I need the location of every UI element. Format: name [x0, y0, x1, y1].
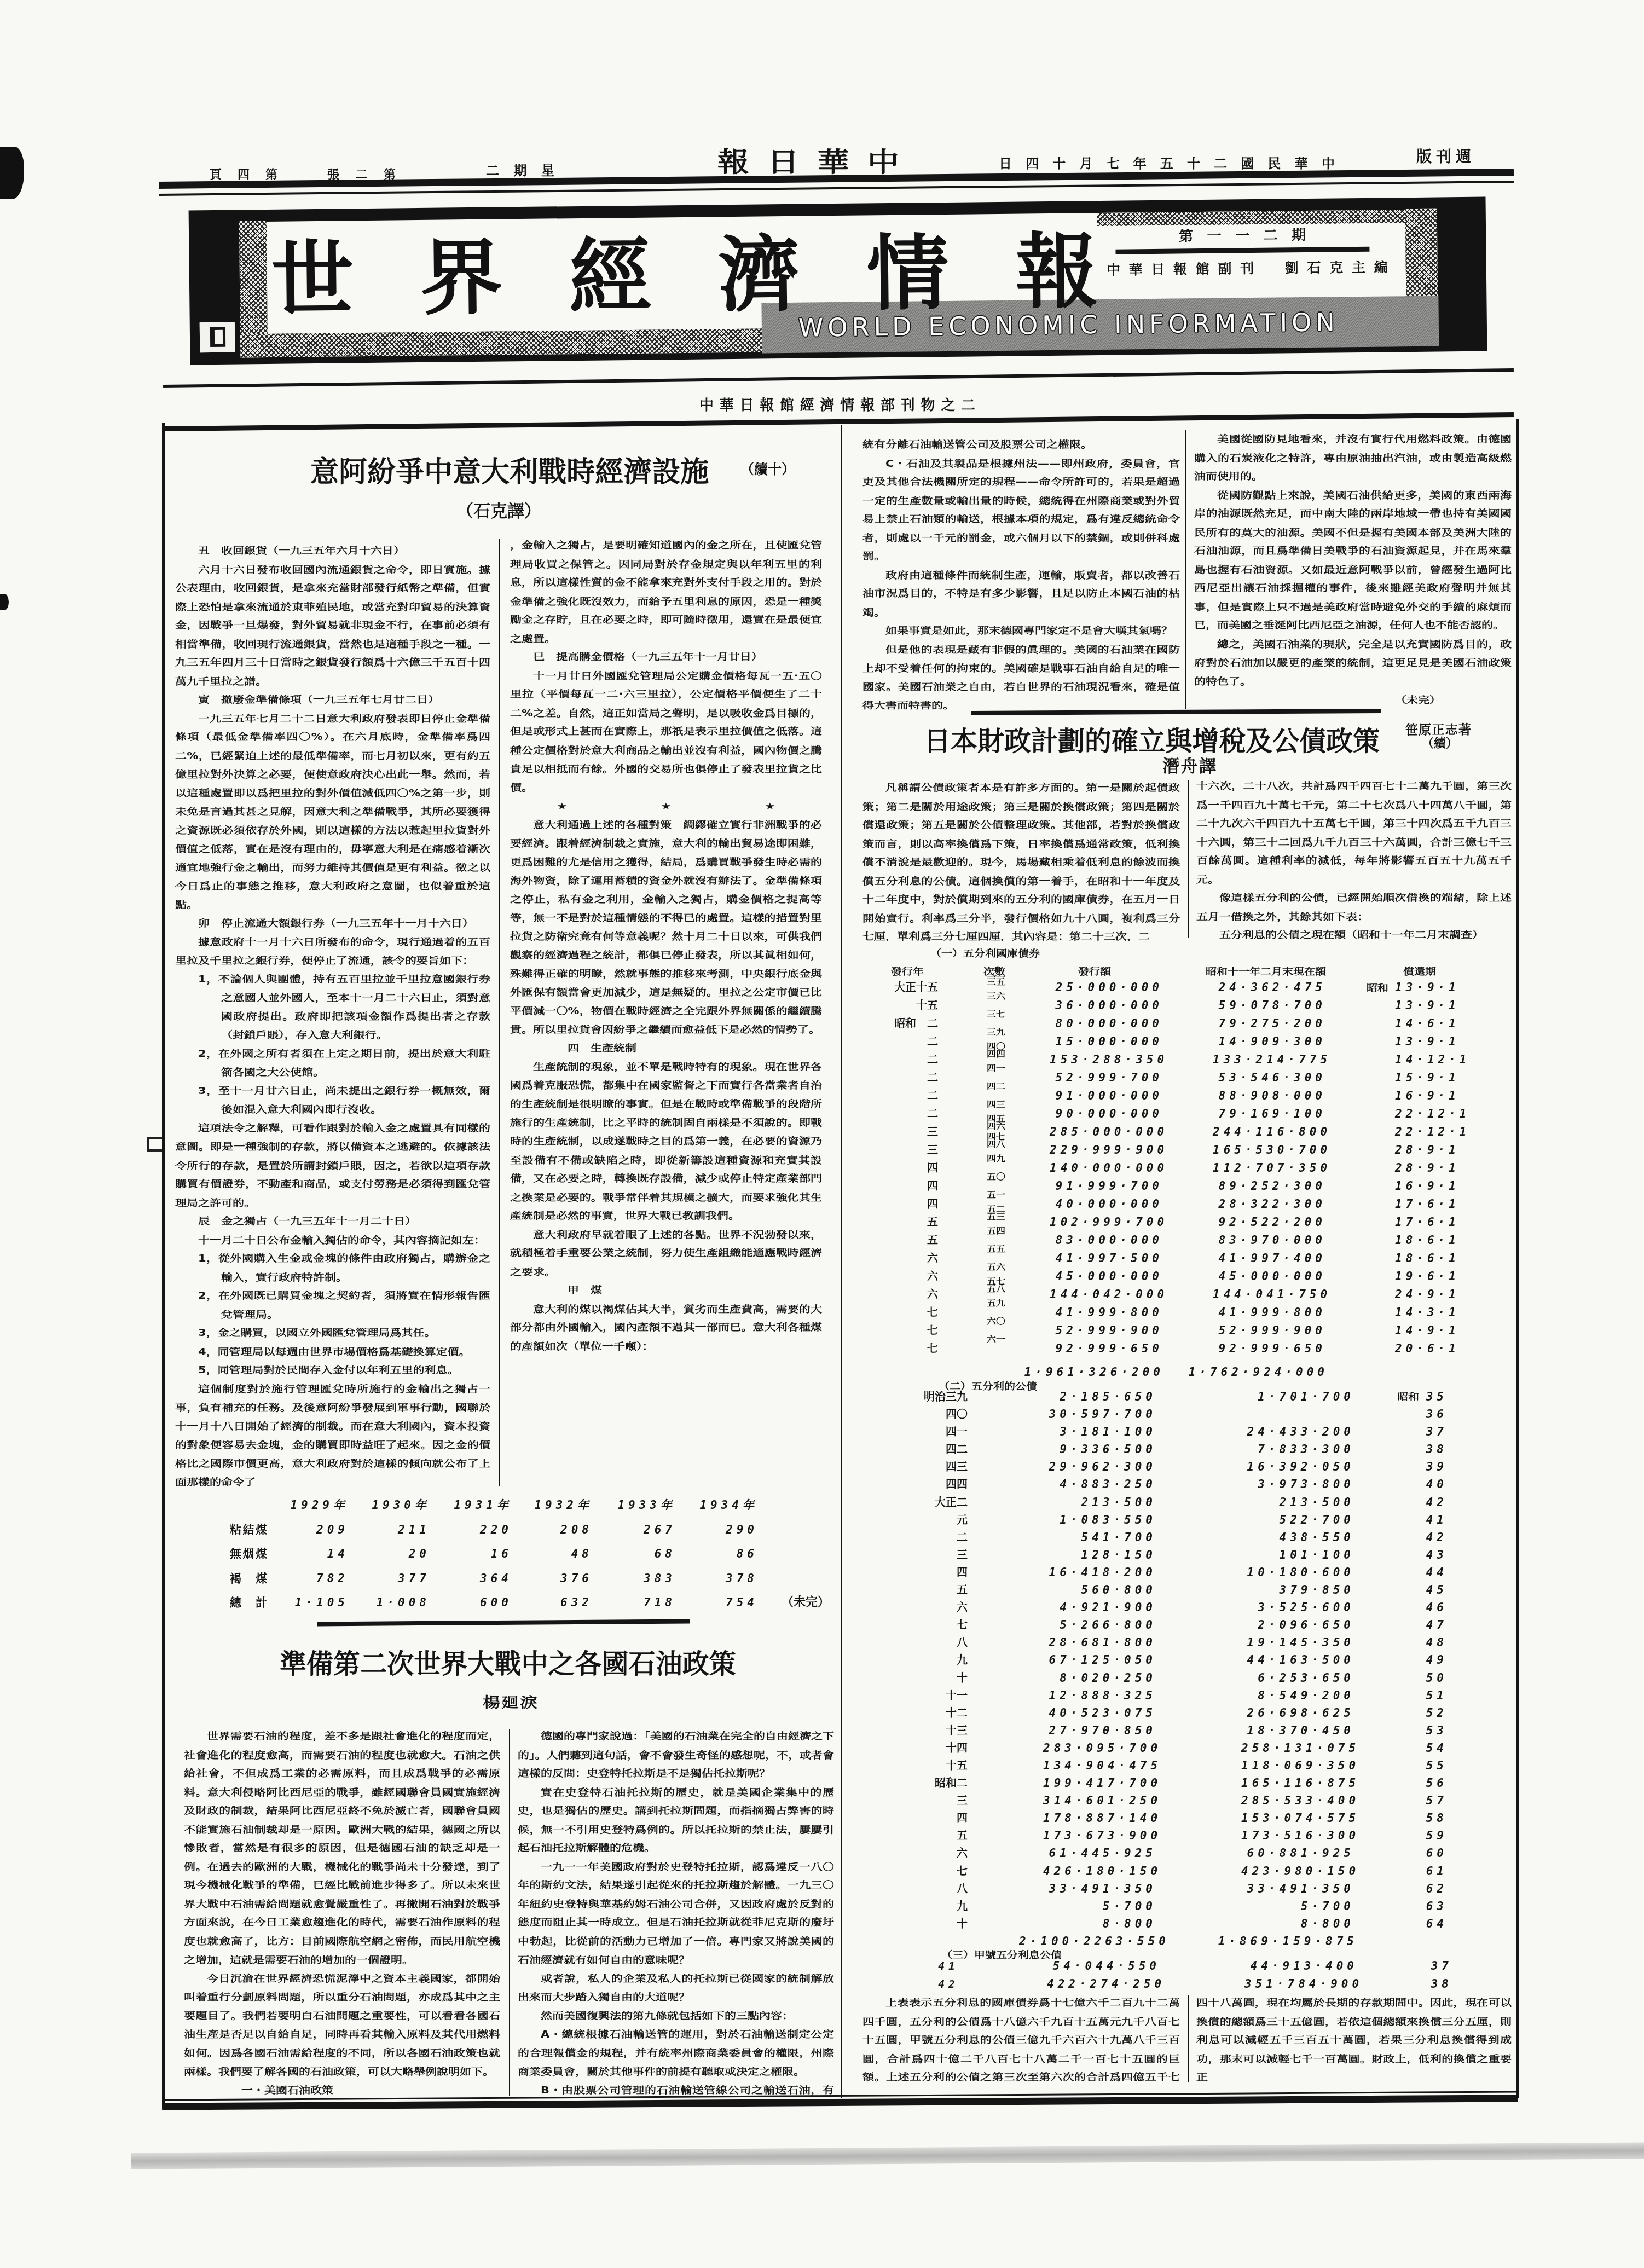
- coal-output-table: 1929年 1930年 1931年 1932年 1933年 1934年 粘結煤 …: [219, 1493, 843, 1615]
- table-header-year: 1934年: [676, 1493, 758, 1518]
- masthead-paper-name: 中華日報: [717, 147, 899, 173]
- paragraph: 美國從國防見地看來，并沒有實行代用燃料政策。由德國購入的石炭液化之特許，專由原油…: [1194, 430, 1512, 486]
- italy-article-translator: （石克譯）: [456, 499, 540, 519]
- issued-amount: 134·904·475: [1043, 1757, 1156, 1775]
- glyph: 四: [238, 165, 250, 182]
- glyph: 煤: [256, 1566, 267, 1591]
- redemption-year: 61: [1352, 1862, 1448, 1881]
- bond-table-1-title: （一）五分利國庫債券: [930, 948, 1040, 959]
- issue-year: 十五: [876, 1757, 968, 1775]
- current-amount: 173·516·300: [1241, 1827, 1354, 1845]
- table-row: 六 61·445·925 60·881·925 60: [876, 1844, 1489, 1862]
- issue-year: 十五: [876, 997, 938, 1015]
- glyph: 阿: [339, 449, 367, 490]
- glyph: 報: [717, 140, 749, 179]
- bond-table-3: 41 54·044·550 44·913·400 37 42 422·274·2…: [876, 1957, 1489, 1993]
- glyph: 續: [754, 459, 768, 478]
- table-row: 二 四二 91·000·000 88·908·000 16·9·1: [876, 1087, 1489, 1105]
- glyph: 星: [541, 160, 554, 179]
- table-row: 四二 9·336·500 7·833·300 38: [876, 1440, 1489, 1458]
- paragraph: 從國防觀點上來說，美國石油供給更多，美國的東西兩海岸的油源既然充足，而中南大陸的…: [1194, 486, 1512, 635]
- glyph: 的: [1085, 720, 1112, 759]
- redemption-year: 47: [1352, 1616, 1448, 1634]
- issued-amount: 12·888·325: [1043, 1687, 1156, 1705]
- issued-amount: 2·185·650: [1043, 1388, 1156, 1406]
- glyph: 界: [420, 211, 503, 331]
- redemption-date: 14·9·1: [1395, 1322, 1488, 1340]
- section-heading: 辰 金之獨占（一九三五年十一月二十日）: [175, 1212, 490, 1231]
- paragraph: 意大利政府早就着眼了上述的各點。世界不況勃發以來，就積極着手重要公業之統制，努力…: [510, 1225, 822, 1281]
- issue-year: 五: [876, 1213, 938, 1231]
- glyph: 劉: [1284, 257, 1298, 277]
- glyph: 濟: [717, 209, 801, 328]
- issue-year: 十二: [876, 1704, 968, 1722]
- issue-year: 三: [876, 1141, 938, 1159]
- series-number-text: 四九: [980, 1155, 1012, 1163]
- redemption-year: 56: [1352, 1774, 1448, 1792]
- table-cell: 48: [511, 1542, 593, 1566]
- current-amount: 19·145·350: [1241, 1634, 1354, 1652]
- issued-amount: 27·970·850: [1043, 1722, 1156, 1740]
- paragraph: 六月十六日發布收回國內流通銀貨之命令，即日實施。據公表理由，收回銀貨，是拿來充當…: [175, 560, 490, 691]
- oil-column-2: 德國的專門家說過：「美國的石油業在完全的自由經濟之下的」。人們聽到這句話，會不會…: [518, 1727, 834, 2096]
- issue-year: 三: [876, 1546, 968, 1564]
- redemption-date: 20·6·1: [1395, 1340, 1488, 1358]
- glyph: 施: [680, 449, 709, 490]
- table-row: 八 33·491·350 33·491·350 62: [876, 1880, 1489, 1897]
- paragraph: 但是他的表現是藏有非假的眞理的。美國的石油業在國防上却不受着任何的拘束的。美國確…: [862, 640, 1180, 709]
- issue-year: 二: [876, 1529, 968, 1547]
- issued-amount: 4·883·250: [1043, 1476, 1156, 1494]
- bond-table-2-total-issued: 2·100·2263·550: [998, 1933, 1170, 1951]
- glyph: 華: [1295, 153, 1308, 172]
- redemption-year: 39: [1352, 1458, 1448, 1476]
- paragraph: 總之，美國石油業的現狀，完全是以充實國防爲目的，政府對於石油加以嚴更的產業的統制…: [1194, 635, 1512, 691]
- redemption-year: 38: [1357, 1975, 1452, 1993]
- glyph: 民: [1268, 153, 1281, 172]
- glyph: 日: [999, 153, 1012, 172]
- japan-summary-column-2: 四十八萬圓，現在均屬於長期的存款期間中。因此，現在可以換償的總額爲三十五億圓，若…: [1196, 1994, 1512, 2087]
- glyph: 意: [453, 449, 481, 490]
- table-row: 42 422·274·250 351·784·900 38: [876, 1975, 1489, 1993]
- redemption-date: 19·6·1: [1395, 1268, 1488, 1286]
- italy-to-be-continued: （未完）: [782, 1595, 830, 1610]
- table-row: 二 四〇 四四 153·288·350 133·214·775 14·12·1: [876, 1051, 1489, 1069]
- glyph: 報: [1015, 205, 1098, 325]
- issued-amount: 30·597·700: [1043, 1405, 1156, 1424]
- glyph: 債: [1299, 720, 1326, 759]
- table-cell: 376: [511, 1566, 593, 1591]
- paragraph: 如果事實是如此，那末德國專門家定不是會大嘆其氣嗎？: [862, 622, 1180, 640]
- japan-article-author: 笹原正志著: [1405, 722, 1471, 735]
- glyph: 刊: [1240, 258, 1254, 277]
- current-amount: 45·000·000: [1213, 1268, 1326, 1286]
- paragraph: 一九三五年七月二十二日意大利政府發表即日停止金準備條項（最低金準備率四〇%）。在…: [175, 709, 490, 914]
- paragraph: 統有分離石油輸送管公司及股票公司之權限。: [862, 436, 1180, 454]
- glyph: 週: [1456, 145, 1471, 167]
- table-cell: 290: [676, 1518, 758, 1542]
- table-cell: 16: [430, 1542, 512, 1566]
- glyph: 爭: [396, 449, 424, 490]
- table-row: 昭和 二 三七 80·000·000 79·275·200 14·6·1: [876, 1015, 1489, 1033]
- table-cell: 68: [594, 1542, 676, 1566]
- table-row: 四 五〇 91·999·700 89·252·300 16·9·1: [876, 1177, 1489, 1195]
- table-row: 三 314·601·250 285·533·400 57: [876, 1792, 1489, 1809]
- current-amount: 28·322·300: [1213, 1195, 1326, 1213]
- redemption-date: 28·9·1: [1395, 1159, 1488, 1177]
- glyph: 烟: [243, 1542, 254, 1566]
- italy-column-divider: [499, 539, 500, 1486]
- table-row: 四三 29·962·300 16·392·050 39: [876, 1458, 1489, 1476]
- glyph: 策: [1353, 720, 1380, 759]
- glyph: 二: [1214, 153, 1227, 172]
- glyph: 情: [866, 207, 950, 326]
- series-number-text: 三三 三五: [980, 971, 1012, 987]
- table-row: 八 28·681·800 19·145·350 48: [876, 1634, 1489, 1651]
- series-number-text: 五九: [980, 1300, 1012, 1307]
- current-amount: 52·999·900: [1213, 1322, 1326, 1340]
- series-number-text: 五七 五八: [980, 1278, 1012, 1294]
- series-number-text: 四三: [980, 1101, 1012, 1109]
- current-amount: 44·163·500: [1241, 1651, 1354, 1669]
- redemption-year: 44: [1352, 1564, 1448, 1582]
- issue-year: 八: [876, 1634, 968, 1652]
- current-amount: 351·784·900: [1244, 1975, 1358, 1993]
- issue-year: 大正二: [876, 1494, 968, 1512]
- table-row: 六 五五 41·997·500 41·997·400 18·6·1: [876, 1249, 1489, 1268]
- coal-table-body: 粘結煤 209 211 220 208 267 290 無烟煤 14 20 16…: [219, 1518, 843, 1615]
- banner-underline: [163, 368, 1514, 388]
- oil-column-divider: [509, 1729, 510, 2096]
- table-header-year: 1929年: [267, 1493, 349, 1518]
- issue-year: 四: [876, 1564, 968, 1582]
- glyph: 濟: [623, 449, 652, 490]
- issue-year: 元: [876, 1511, 968, 1529]
- glyph: 意: [310, 449, 339, 490]
- issue-year: 十: [876, 1669, 968, 1687]
- list-item: C・石油及其製品是根據州法——即州政府，委員會，官吏及其他合法機關所定的規程——…: [862, 454, 1180, 566]
- series-number-text: 六一: [980, 1336, 1012, 1344]
- redemption-date: 13·9·1: [1395, 979, 1488, 997]
- issue-year: 四: [876, 1159, 938, 1177]
- current-amount: 165·116·875: [1241, 1774, 1354, 1792]
- glyph: 經: [800, 394, 814, 414]
- section-heading: 巳 提高購金價格（一九三五年十一月廿日）: [510, 648, 822, 667]
- issue-year: 四一: [876, 1423, 968, 1441]
- glyph: 石: [629, 1643, 656, 1681]
- glyph: 油: [656, 1643, 682, 1681]
- banner-publisher-editor: 中華日報館副刊 劉石克主編: [1107, 258, 1388, 277]
- current-amount: 379·850: [1241, 1581, 1354, 1599]
- issued-amount: 36·000·000: [1050, 997, 1163, 1015]
- redemption-year: 57: [1352, 1792, 1448, 1810]
- glyph: [243, 1590, 254, 1615]
- glyph: 二: [961, 394, 975, 414]
- glyph: 國: [602, 1643, 629, 1681]
- paragraph: 十六次，二十八次，共計爲四千四百七十二萬九千圓，第三次爲一千四百九十萬七千元，第…: [1196, 777, 1512, 889]
- glyph: 譯: [1199, 752, 1216, 777]
- star-icon: ★: [765, 797, 775, 815]
- section-heading: 四 生產統制: [510, 1039, 822, 1058]
- series-number-text: 五二 五三: [980, 1206, 1012, 1222]
- current-amount: 285·533·400: [1241, 1792, 1354, 1810]
- glyph: 報: [1173, 258, 1187, 278]
- issue-year: 四: [876, 1177, 938, 1195]
- table-row: 十 8·800 8·800 64: [876, 1915, 1489, 1933]
- glyph: 潛: [1162, 752, 1179, 777]
- issued-amount: 9·336·500: [1043, 1440, 1156, 1459]
- banner-title: 世界經濟情報: [271, 223, 1098, 315]
- to-be-continued: （未完）: [1194, 691, 1512, 709]
- glyph: 第: [333, 1643, 360, 1681]
- issue-year: 七: [876, 1322, 938, 1340]
- glyph: 準: [280, 1643, 306, 1681]
- table-cell: 220: [430, 1518, 512, 1542]
- japan-article-title: 日本財政計劃的確立與增稅及公債政策: [924, 725, 1379, 754]
- glyph: 譯: [507, 497, 524, 522]
- glyph: 中: [1107, 259, 1120, 279]
- redemption-date: 17·6·1: [1395, 1213, 1488, 1231]
- glyph: 大: [467, 1643, 494, 1681]
- glyph: 政: [1004, 720, 1031, 759]
- list-item: 1，不論個人與團體，持有五百里拉並千里拉意國銀行券之意國人並外國人，至本十一月二…: [175, 970, 490, 1045]
- issued-amount: 29·962·300: [1043, 1458, 1156, 1476]
- list-item: 3，金之購買，以國立外國匯兌管理局爲其任。: [175, 1324, 490, 1343]
- table-row: 四 四九 140·000·000 112·707·350 28·9·1: [876, 1159, 1489, 1177]
- table-row: 昭和二 199·417·700 165·116·875 56: [876, 1774, 1489, 1792]
- redemption-year: 64: [1352, 1915, 1448, 1933]
- issued-amount: 80·000·000: [1050, 1015, 1163, 1033]
- paragraph: 或者說，私人的企業及私人的托拉斯已從國家的統制解放出來而大步踏入獨自由的大道呢？: [518, 1969, 834, 2006]
- redemption-year: 58: [1352, 1809, 1448, 1827]
- glyph: 之: [548, 1643, 575, 1681]
- glyph: [1263, 258, 1276, 277]
- glyph: 日: [924, 720, 951, 759]
- paragraph: 世界需要石油的程度，差不多是跟社會進化的程度而定，社會進化的程度愈高，而需要石油…: [184, 1727, 500, 1969]
- redemption-date: 13·9·1: [1395, 1033, 1488, 1051]
- current-amount: 26·698·625: [1241, 1704, 1354, 1722]
- table-row: 十五 134·904·475 118·069·350 55: [876, 1757, 1489, 1774]
- glyph: 館: [1196, 258, 1209, 278]
- paragraph: 政府由這種條件而統制生產，運輸，販賣者，都以改善石油市況爲目的，不特是有多少影響…: [862, 566, 1180, 622]
- issued-amount: 28·681·800: [1043, 1634, 1156, 1652]
- scan-speck: [0, 594, 9, 610]
- table-cell: 1·008: [348, 1590, 430, 1615]
- japan-column-2: 十六次，二十八次，共計爲四千四百七十二萬九千圓，第三次爲一千四百九十萬七千元，第…: [1196, 777, 1512, 941]
- glyph: 國: [1241, 153, 1254, 172]
- issued-amount: 1·083·550: [1043, 1511, 1156, 1529]
- italy-column-2: ，金輸入之獨占，是要明確知道國內的金之所在，且使匯兌管理局收買之保管之。因同局對…: [510, 536, 822, 1488]
- table-header-redemption: 償還期: [1403, 966, 1436, 977]
- current-amount: 1·701·700: [1241, 1388, 1354, 1406]
- glyph: 二: [360, 1643, 387, 1681]
- table-header-issued-amount: 發行額: [1078, 966, 1111, 977]
- paragraph: 意大利的煤以褐煤佔其大半，質劣而生產費高，需要的大部分都由外國輸入，國內產額不過…: [510, 1300, 822, 1356]
- oil-continuation-column-2: 美國從國防見地看來，并沒有實行代用燃料政策。由德國購入的石炭液化之特許，專由原油…: [1194, 430, 1512, 710]
- issue-year: 42: [938, 1975, 982, 1993]
- redemption-year: 45: [1352, 1581, 1448, 1599]
- glyph: 楊: [483, 1692, 500, 1712]
- redemption-date: 24·9·1: [1395, 1286, 1488, 1304]
- current-amount: 144·041·750: [1213, 1286, 1326, 1304]
- glyph: 四: [1026, 153, 1039, 172]
- table-row: 十四 283·095·700 258·131·075 54: [876, 1739, 1489, 1757]
- table-cell: 632: [511, 1590, 593, 1615]
- bond-table-2: 明治三九 2·185·650 1·701·700 35 四〇 30·597·70…: [876, 1388, 1489, 1933]
- table-row: 四一 3·181·100 24·433·200 37: [876, 1423, 1489, 1440]
- issued-amount: 285·000·000: [1050, 1123, 1163, 1141]
- coal-type-label: 粘結煤: [230, 1518, 267, 1542]
- glyph: 副: [1218, 258, 1231, 277]
- glyph: （: [456, 497, 473, 522]
- glyph: 中: [867, 140, 899, 179]
- current-amount: 89·252·300: [1213, 1177, 1326, 1195]
- current-amount: 165·530·700: [1213, 1141, 1326, 1159]
- glyph: 時: [566, 449, 595, 490]
- glyph: 日: [1151, 259, 1165, 279]
- redemption-year: 41: [1352, 1511, 1448, 1529]
- list-item: B・由股票公司管理的石油輸送管線公司之輸送石油，有不正當的方法或有不正當的運輸金…: [518, 2081, 834, 2096]
- issued-amount: 8·800: [1043, 1915, 1156, 1933]
- glyph: 華: [1128, 259, 1142, 279]
- current-amount: 41·997·400: [1213, 1249, 1326, 1268]
- table-cell: 211: [348, 1518, 430, 1542]
- issued-amount: 213·500: [1043, 1494, 1156, 1512]
- redemption-year: 62: [1352, 1880, 1448, 1898]
- current-amount: 112·707·350: [1213, 1159, 1326, 1177]
- series-number-text: 四五 四六: [980, 1115, 1012, 1131]
- issued-amount: 3·181·100: [1043, 1423, 1156, 1441]
- bond-table-1-total-current: 1·762·924·000: [1156, 1363, 1328, 1381]
- table-row: 二 541·700 438·550 42: [876, 1529, 1489, 1546]
- glyph: 界: [441, 1643, 467, 1681]
- glyph: 刊: [901, 394, 915, 414]
- current-amount: 18·370·450: [1241, 1722, 1354, 1740]
- issue-year: 二: [876, 1051, 938, 1069]
- issue-year: 41: [938, 1957, 982, 1975]
- redemption-date: 22·12·1: [1395, 1105, 1488, 1123]
- issue-year: 七: [876, 1304, 938, 1322]
- issue-year: 四四: [876, 1476, 968, 1494]
- redemption-year: 35: [1352, 1388, 1448, 1406]
- issued-amount: 4·921·900: [1043, 1599, 1156, 1617]
- scan-speck: [0, 147, 24, 199]
- japan-bottom-divider: [1188, 1995, 1189, 2082]
- table-header-issue-year: 發行年: [891, 966, 924, 977]
- table-header-year: 1932年: [511, 1493, 593, 1518]
- current-amount: 92·999·650: [1213, 1340, 1326, 1358]
- table-row: 四〇 30·597·700 36: [876, 1405, 1489, 1423]
- current-amount: 14·909·300: [1213, 1033, 1326, 1051]
- redemption-year: 42: [1352, 1494, 1448, 1512]
- section-heading: 甲 煤: [510, 1281, 822, 1300]
- current-amount: 83·970·000: [1213, 1231, 1326, 1249]
- section-label-rule: [163, 412, 1514, 431]
- issued-amount: 45·000·000: [1050, 1268, 1163, 1286]
- section-break: ★ ★ ★: [510, 797, 822, 815]
- current-amount: 5·700: [1241, 1897, 1354, 1916]
- issued-amount: 199·417·700: [1043, 1774, 1156, 1792]
- japan-summary-column-1: 上表表示五分利息的國庫債券爲十七億六千二百九十二萬四千圓，五分利的公債爲十八億六…: [862, 1994, 1180, 2087]
- redemption-year: 37: [1352, 1423, 1448, 1441]
- paragraph: 這項法令之解釋，可看作跟對於輸入金之處置具有同樣的意圖。即是一種強制的存款，將以…: [175, 1119, 490, 1212]
- issued-amount: 91·000·000: [1050, 1087, 1163, 1105]
- glyph: 華: [818, 140, 849, 179]
- table-row: 十二 40·523·075 26·698·625 52: [876, 1704, 1489, 1722]
- bond-table-1-total-issued: 1·961·326·200: [992, 1363, 1164, 1381]
- issue-year: 六: [876, 1286, 938, 1304]
- glyph: 克: [1329, 257, 1343, 276]
- issued-amount: 92·999·650: [1050, 1340, 1163, 1358]
- glyph: 情: [840, 394, 854, 414]
- table-caption: 五分利息的公債之現在額（昭和十一年二月末調查）: [1196, 926, 1512, 941]
- column-banner: WORLD ECONOMIC INFORMATION 世界經濟情報 第一一二期 …: [189, 197, 1487, 365]
- table-header-year: 1931年: [430, 1493, 512, 1518]
- glyph: 期: [514, 160, 527, 179]
- redemption-year: 60: [1352, 1844, 1448, 1862]
- glyph: 利: [510, 449, 538, 490]
- banner-issue-number: 第一一二期: [1179, 226, 1306, 242]
- issued-amount: 67·125·050: [1043, 1651, 1156, 1669]
- paragraph: 生產統制的現象，並不單是戰時特有的現象。現在世界各國爲着克服恐慌，都集中在國家監…: [510, 1058, 822, 1225]
- issued-amount: 33·491·350: [1043, 1880, 1156, 1898]
- glyph: 戰: [494, 1643, 521, 1681]
- table-row: 五 五二 五三 102·999·700 92·522·200 17·6·1: [876, 1213, 1489, 1231]
- series-number-text: 四二: [980, 1083, 1012, 1091]
- glyph: [243, 1566, 254, 1591]
- current-amount: 60·881·925: [1241, 1844, 1354, 1862]
- japan-top-rule: [971, 709, 1381, 715]
- issue-year: 五: [876, 1231, 938, 1249]
- current-amount: 6·253·650: [1241, 1669, 1354, 1687]
- coal-type-label: 總 計: [230, 1590, 267, 1615]
- list-item: 4，同管理局以每週由世界市場價格爲基礎換算定價。: [175, 1343, 490, 1361]
- table-cell: 209: [267, 1518, 349, 1542]
- current-amount: 44·913·400: [1244, 1957, 1358, 1975]
- glyph: 著: [1458, 720, 1471, 738]
- table-row: 無烟煤 14 20 16 48 68 86: [219, 1542, 843, 1566]
- issue-year: 六: [876, 1249, 938, 1268]
- glyph: ）: [524, 497, 541, 522]
- table-row: 七 5·266·800 2·096·650 47: [876, 1616, 1489, 1634]
- table-header-row: 1929年 1930年 1931年 1932年 1933年 1934年: [219, 1493, 843, 1518]
- glyph: 頁: [210, 165, 222, 182]
- table-row: 元 1·083·550 522·700 41: [876, 1511, 1489, 1529]
- series-number-text: 四〇 四四: [980, 1043, 1012, 1059]
- glyph: 中: [699, 394, 714, 414]
- bond-table-2-total-current: 1·869·159·875: [1186, 1933, 1358, 1951]
- paragraph: 德國的專門家說過：「美國的石油業在完全的自由經濟之下的」。人們聽到這句話，會不會…: [518, 1727, 834, 1783]
- glyph: 克: [490, 497, 507, 522]
- coal-type-label: 褐 煤: [230, 1566, 267, 1591]
- glyph: 確: [1112, 720, 1138, 759]
- issue-year: 四: [876, 1809, 968, 1827]
- table-row: 總 計 1·105 1·008 600 632 718 754: [219, 1590, 843, 1615]
- glyph: 二: [486, 160, 499, 179]
- section-label: 中華日報館經濟情報部刊物之二: [699, 395, 975, 413]
- glyph: 部: [881, 394, 895, 414]
- redemption-year: 63: [1352, 1897, 1448, 1916]
- glyph: ）: [1446, 734, 1458, 751]
- issue-year: 四: [876, 1195, 938, 1213]
- issue-year: 十一: [876, 1687, 968, 1705]
- glyph: 策: [709, 1643, 736, 1681]
- paragraph: 據意政府十一月十六日所發布的命令，現行通過着的五百里拉及千里拉之銀行券，便停止了…: [175, 933, 490, 970]
- issue-year: 五: [876, 1581, 968, 1599]
- glyph: 石: [473, 497, 490, 522]
- glyph: 第: [265, 165, 277, 182]
- glyph: 備: [306, 1643, 333, 1681]
